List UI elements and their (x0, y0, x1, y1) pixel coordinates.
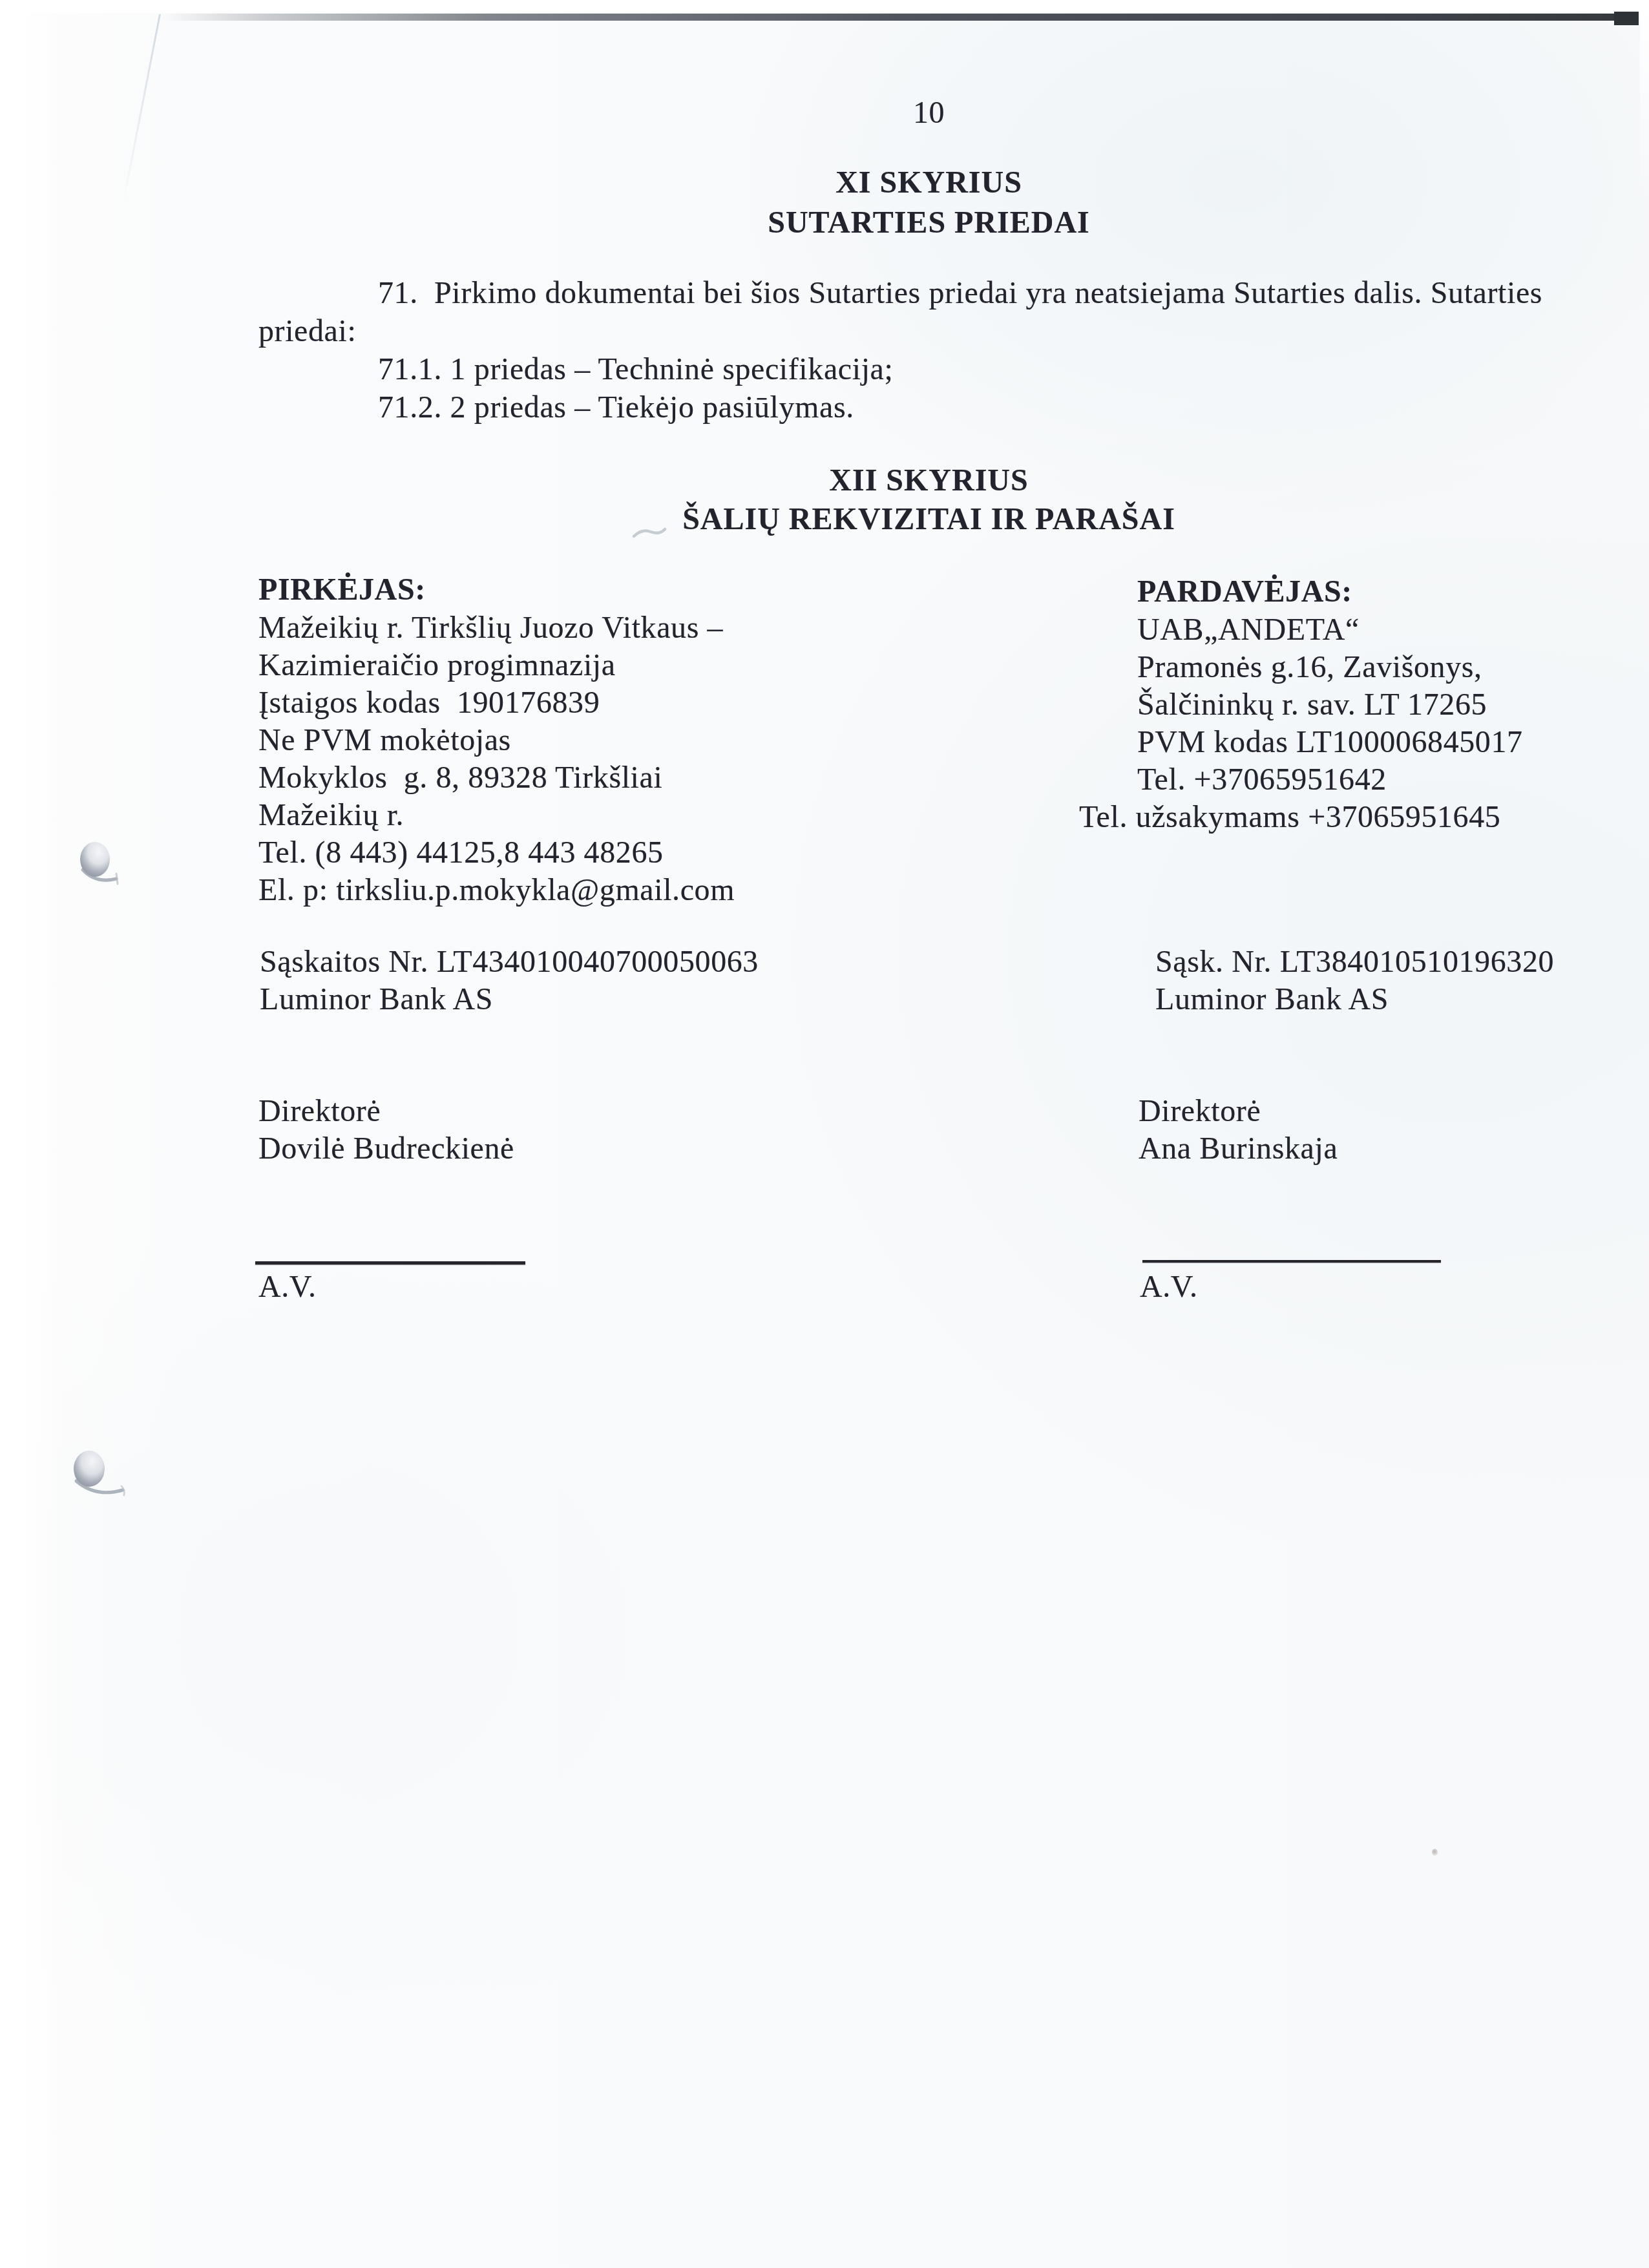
seller-bank-name: Luminor Bank AS (1155, 981, 1554, 1018)
buyer-bank-name: Luminor Bank AS (260, 981, 759, 1018)
buyer-seal-label: A.V. (258, 1268, 317, 1306)
clause-71-line: 71. Pirkimo dokumentai bei šios Sutartie… (258, 274, 1615, 312)
buyer-account-number: Sąskaitos Nr. LT434010040700050063 (260, 943, 759, 981)
buyer-vat-status-line: Ne PVM mokėtojas (258, 722, 735, 759)
buyer-email-line: El. p: tirksliu.p.mokykla@gmail.com (258, 872, 735, 909)
clause-71-1-line: 71.1. 1 priedas – Techninė specifikacija… (258, 350, 1615, 388)
buyer-name-line-2: Kazimieraičio progimnazija (258, 647, 735, 684)
buyer-code-line: Įstaigos kodas 190176839 (258, 684, 735, 722)
seller-account-block: Sąsk. Nr. LT384010510196320 Luminor Bank… (1155, 943, 1554, 1018)
buyer-details-block: PIRKĖJAS: Mažeikių r. Tirkšlių Juozo Vit… (258, 571, 735, 909)
buyer-address-line: Mokyklos g. 8, 89328 Tirkšliai (258, 759, 735, 797)
buyer-signature-line (255, 1261, 525, 1265)
seller-vat-code-line: PVM kodas LT100006845017 (1137, 724, 1523, 761)
clause-71-continuation: priedai: (258, 312, 1615, 350)
seller-municipality-line: Šalčininkų r. sav. LT 17265 (1137, 686, 1523, 724)
seller-details-block: PARDAVĖJAS: UAB„ANDETA“ Pramonės g.16, Z… (1137, 572, 1523, 836)
seller-signature-line (1142, 1260, 1441, 1263)
page-number: 10 (262, 94, 1596, 132)
buyer-district-line: Mažeikių r. (258, 797, 735, 834)
buyer-signatory-role: Direktorė (258, 1093, 514, 1130)
section-xi-subtitle: SUTARTIES PRIEDAI (262, 203, 1596, 243)
seller-account-number: Sąsk. Nr. LT384010510196320 (1155, 943, 1554, 981)
seller-name-line: UAB„ANDETA“ (1137, 611, 1523, 649)
seller-orders-phone-line: Tel. užsakymams +37065951645 (1079, 799, 1523, 836)
buyer-name-line: Mažeikių r. Tirkšlių Juozo Vitkaus – (258, 609, 735, 647)
seller-seal-label: A.V. (1140, 1268, 1198, 1306)
buyer-heading: PIRKĖJAS: (258, 571, 735, 609)
clause-71-block: 71. Pirkimo dokumentai bei šios Sutartie… (258, 274, 1615, 426)
section-xi-heading: XI SKYRIUS SUTARTIES PRIEDAI (262, 163, 1596, 243)
section-xii-heading: XII SKYRIUS ŠALIŲ REKVIZITAI IR PARAŠAI (262, 461, 1596, 539)
buyer-phone-line: Tel. (8 443) 44125,8 443 48265 (258, 834, 735, 872)
section-xii-subtitle: ŠALIŲ REKVIZITAI IR PARAŠAI (262, 500, 1596, 539)
seller-phone-line: Tel. +37065951642 (1137, 761, 1523, 799)
seller-signatory-role: Direktorė (1139, 1093, 1338, 1130)
document-content: 10 XI SKYRIUS SUTARTIES PRIEDAI 71. Pirk… (0, 0, 1649, 2268)
scanned-contract-page: 10 XI SKYRIUS SUTARTIES PRIEDAI 71. Pirk… (0, 0, 1649, 2268)
seller-signatory-name: Ana Burinskaja (1139, 1130, 1338, 1168)
seller-signatory-block: Direktorė Ana Burinskaja (1139, 1093, 1338, 1168)
section-xi-title: XI SKYRIUS (262, 163, 1596, 203)
buyer-account-block: Sąskaitos Nr. LT434010040700050063 Lumin… (260, 943, 759, 1018)
buyer-signatory-block: Direktorė Dovilė Budreckienė (258, 1093, 514, 1168)
clause-71-2-line: 71.2. 2 priedas – Tiekėjo pasiūlymas. (258, 388, 1615, 426)
seller-address-line: Pramonės g.16, Zavišonys, (1137, 649, 1523, 686)
seller-heading: PARDAVĖJAS: (1137, 572, 1523, 611)
section-xii-title: XII SKYRIUS (262, 461, 1596, 500)
buyer-signatory-name: Dovilė Budreckienė (258, 1130, 514, 1168)
